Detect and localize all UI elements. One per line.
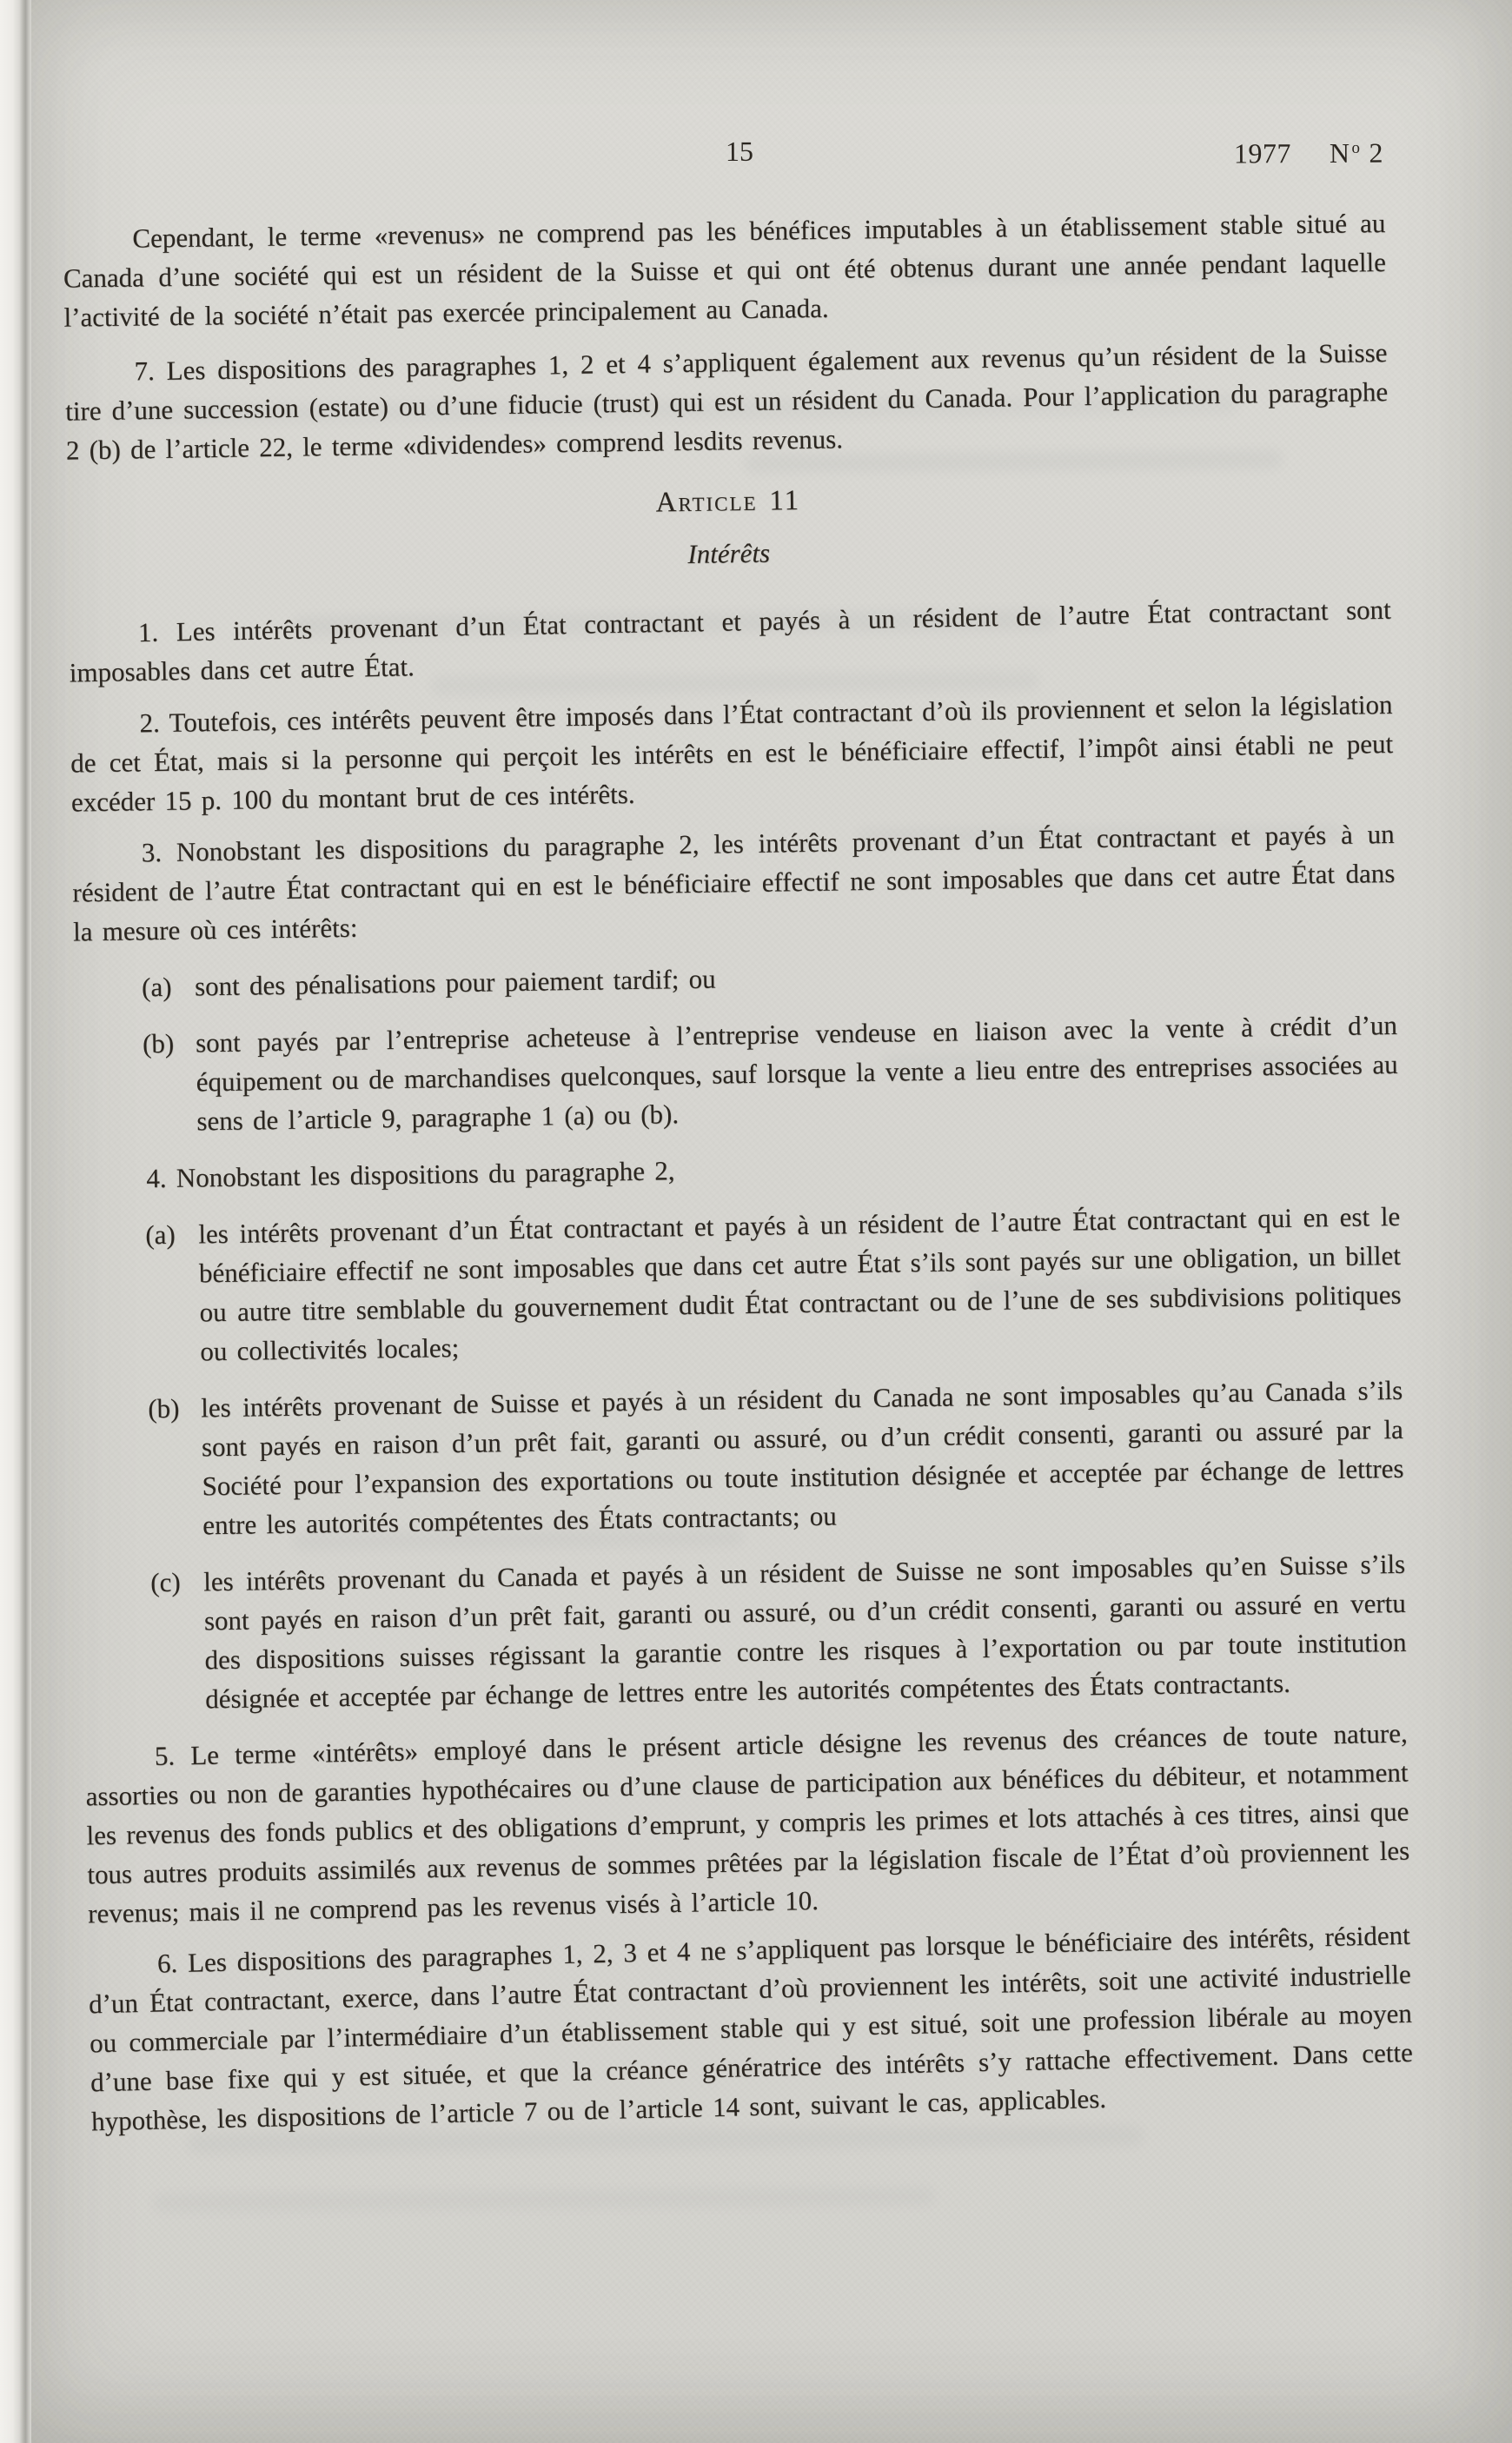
list-item-4c: (c) les intérêts provenant du Canada et … <box>83 1544 1408 1721</box>
paragraph-6: 6. Les dispositions des paragraphes 1, 2… <box>88 1915 1415 2141</box>
list-marker: (b) <box>148 1388 203 1545</box>
list-item-text: les intérêts provenant du Canada et payé… <box>203 1544 1408 1718</box>
list-marker: (a) <box>145 1214 201 1371</box>
bleedthrough-smudge <box>153 2187 935 2213</box>
edition-year: 1977 <box>1234 137 1291 169</box>
list-marker: (a) <box>142 966 196 1006</box>
list-item-text: sont payés par l’entreprise acheteuse à … <box>196 1006 1399 1141</box>
edition-number-value: 2 <box>1369 137 1383 169</box>
page-body-text: Cependant, le terme «revenus» ne compren… <box>63 202 1414 2141</box>
paragraph-1: 1. Les intérêts provenant d’un État cont… <box>69 590 1392 693</box>
paragraph-2: 2. Toutefois, ces intérêts peuvent être … <box>70 685 1394 822</box>
article-subtitle: Intérêts <box>68 525 1390 583</box>
scanned-book-page: { "header": { "page_number": "15", "year… <box>0 0 1512 2443</box>
list-item-text: sont des pénalisations pour paiement tar… <box>195 949 1397 1006</box>
paragraph-intro: Cependant, le terme «revenus» ne compren… <box>63 203 1387 337</box>
paragraph-5: 5. Le terme «intérêts» employé dans le p… <box>84 1714 1410 1934</box>
list-item-4b: (b) les intérêts provenant de Suisse et … <box>80 1371 1405 1547</box>
paragraph-3: 3. Nonobstant les dispositions du paragr… <box>71 814 1396 952</box>
article-heading: Article 11 <box>67 473 1389 531</box>
edition-number-ordinal: o <box>1351 139 1360 157</box>
list-marker: (c) <box>150 1562 206 1719</box>
list-item-3b: (b) sont payés par l’entreprise acheteus… <box>75 1006 1399 1143</box>
edition-number-label: N <box>1330 137 1350 169</box>
list-item-4a: (a) les intérêts provenant d’un État con… <box>77 1197 1403 1373</box>
edition-header: 1977No2 <box>1234 129 1383 173</box>
list-item-3a: (a) sont des pénalisations pour paiement… <box>74 949 1397 1008</box>
running-header: 15 1977No2 <box>63 129 1385 179</box>
book-gutter-edge <box>0 0 31 2443</box>
list-marker: (b) <box>143 1023 197 1141</box>
paragraph-4: 4. Nonobstant les dispositions du paragr… <box>76 1140 1400 1199</box>
paragraph-7: 7. Les dispositions des paragraphes 1, 2… <box>64 333 1389 470</box>
page-number: 15 <box>726 132 753 170</box>
list-item-text: les intérêts provenant de Suisse et payé… <box>201 1371 1405 1544</box>
list-item-text: les intérêts provenant d’un État contrac… <box>198 1197 1403 1371</box>
